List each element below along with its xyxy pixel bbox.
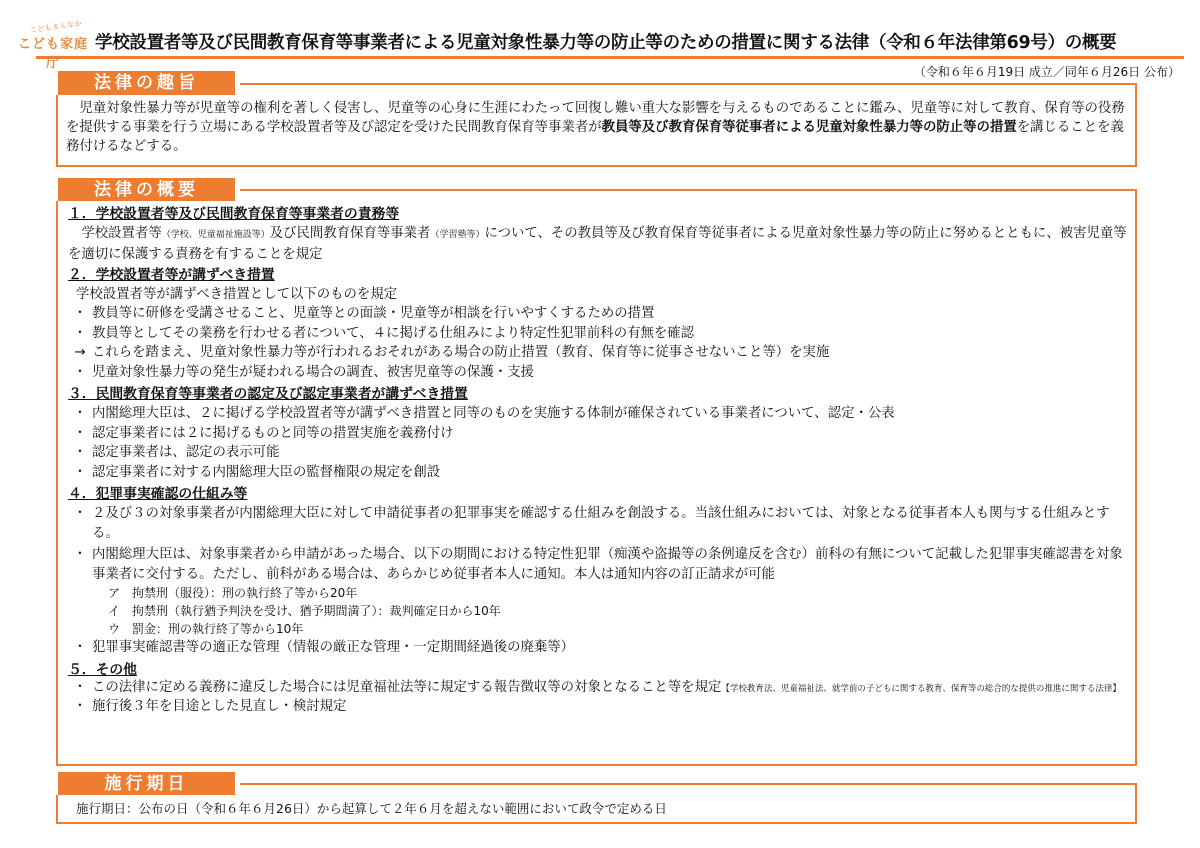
subsection-4-heading: ４．犯罪事実確認の仕組み等 [68, 485, 1129, 504]
period-item: ア 拘禁刑（服役）：刑の執行終了等から20年 [68, 584, 1129, 602]
section-divider [240, 83, 1137, 85]
list-item: ・認定事業者は、認定の表示可能 [68, 443, 1129, 463]
subsection-1-heading: １．学校設置者等及び民間教育保育等事業者の責務等 [68, 205, 1129, 224]
list-item: ・教員等に研修を受講させること、児童等との面談・児童等が相談を行いやすくするため… [68, 304, 1129, 324]
list-item: ・認定事業者に対する内閣総理大臣の監督権限の規定を創設 [68, 463, 1129, 483]
enactment-dates: （令和６年６月19日 成立／同年６月26日 公布） [914, 63, 1180, 80]
list-item: →これらを踏まえ、児童対象性暴力等が行われるおそれがある場合の防止措置（教育、保… [68, 343, 1129, 363]
list-item: ・２及び３の対象事業者が内閣総理大臣に対して申請従事者の犯罪事実を確認する仕組み… [68, 504, 1129, 543]
period-item: イ 拘禁刑（執行猶予判決を受け、猶予期間満了）：裁判確定日から10年 [68, 602, 1129, 620]
section-divider [240, 189, 1137, 191]
section-tab-effective-date: 施行期日 [58, 772, 235, 796]
list-item: ・この法律に定める義務に違反した場合には児童福祉法等に規定する報告徴収等の対象と… [68, 680, 1129, 697]
subsection-2-intro: 学校設置者等が講ずべき措置として以下のものを規定 [68, 285, 1129, 304]
list-item: ・犯罪事実確認書等の適正な管理（情報の厳正な管理・一定期間経過後の廃棄等） [68, 638, 1129, 658]
list-item: ・内閣総理大臣は、対象事業者から申請があった場合、以下の期間における特定性犯罪（… [68, 545, 1129, 584]
list-item: ・内閣総理大臣は、２に掲げる学校設置者等が講ずべき措置と同等のものを実施する体制… [68, 404, 1129, 424]
effective-date-box: 施行期日：公布の日（令和６年６月26日）から起算して２年６月を超えない範囲におい… [56, 795, 1137, 824]
list-item: ・施行後３年を目途とした見直し・検討規定 [68, 697, 1129, 717]
subsection-5-heading: ５．その他 [68, 661, 1129, 680]
subsection-2-heading: ２．学校設置者等が講ずべき措置 [68, 266, 1129, 285]
effective-date-text: 施行期日：公布の日（令和６年６月26日）から起算して２年６月を超えない範囲におい… [58, 795, 1135, 818]
logo-name: こども家庭庁 [14, 33, 92, 71]
title-divider [36, 56, 1184, 59]
list-item: ・教員等としてその業務を行わせる者について、４に掲げる仕組みにより特定性犯罪前科… [68, 324, 1129, 344]
section-tab-overview: 法律の概要 [58, 178, 235, 202]
page-title: 学校設置者等及び民間教育保育等事業者による児童対象性暴力等の防止等のための措置に… [95, 29, 1116, 54]
subsection-1-text: 学校設置者等（学校、児童福祉施設等）及び民間教育保育等事業者（学習塾等）について… [68, 224, 1129, 264]
list-item: ・認定事業者には２に掲げるものと同等の措置実施を義務付け [68, 424, 1129, 444]
section-divider [240, 783, 1137, 785]
purpose-box: 児童対象性暴力等が児童等の権利を著しく侵害し、児童等の心身に生涯にわたって回復し… [56, 95, 1137, 167]
period-item: ウ 罰金：刑の執行終了等から10年 [68, 620, 1129, 638]
list-item: ・児童対象性暴力等の発生が疑われる場合の調査、被害児童等の保護・支援 [68, 363, 1129, 383]
purpose-text: 児童対象性暴力等が児童等の権利を著しく侵害し、児童等の心身に生涯にわたって回復し… [58, 95, 1135, 156]
agency-logo: こどもまんなか こども家庭庁 [14, 22, 92, 71]
subsection-3-heading: ３．民間教育保育等事業者の認定及び認定事業者が講ずべき措置 [68, 385, 1129, 404]
section-tab-purpose: 法律の趣旨 [58, 71, 235, 95]
overview-box: １．学校設置者等及び民間教育保育等事業者の責務等 学校設置者等（学校、児童福祉施… [56, 201, 1137, 766]
